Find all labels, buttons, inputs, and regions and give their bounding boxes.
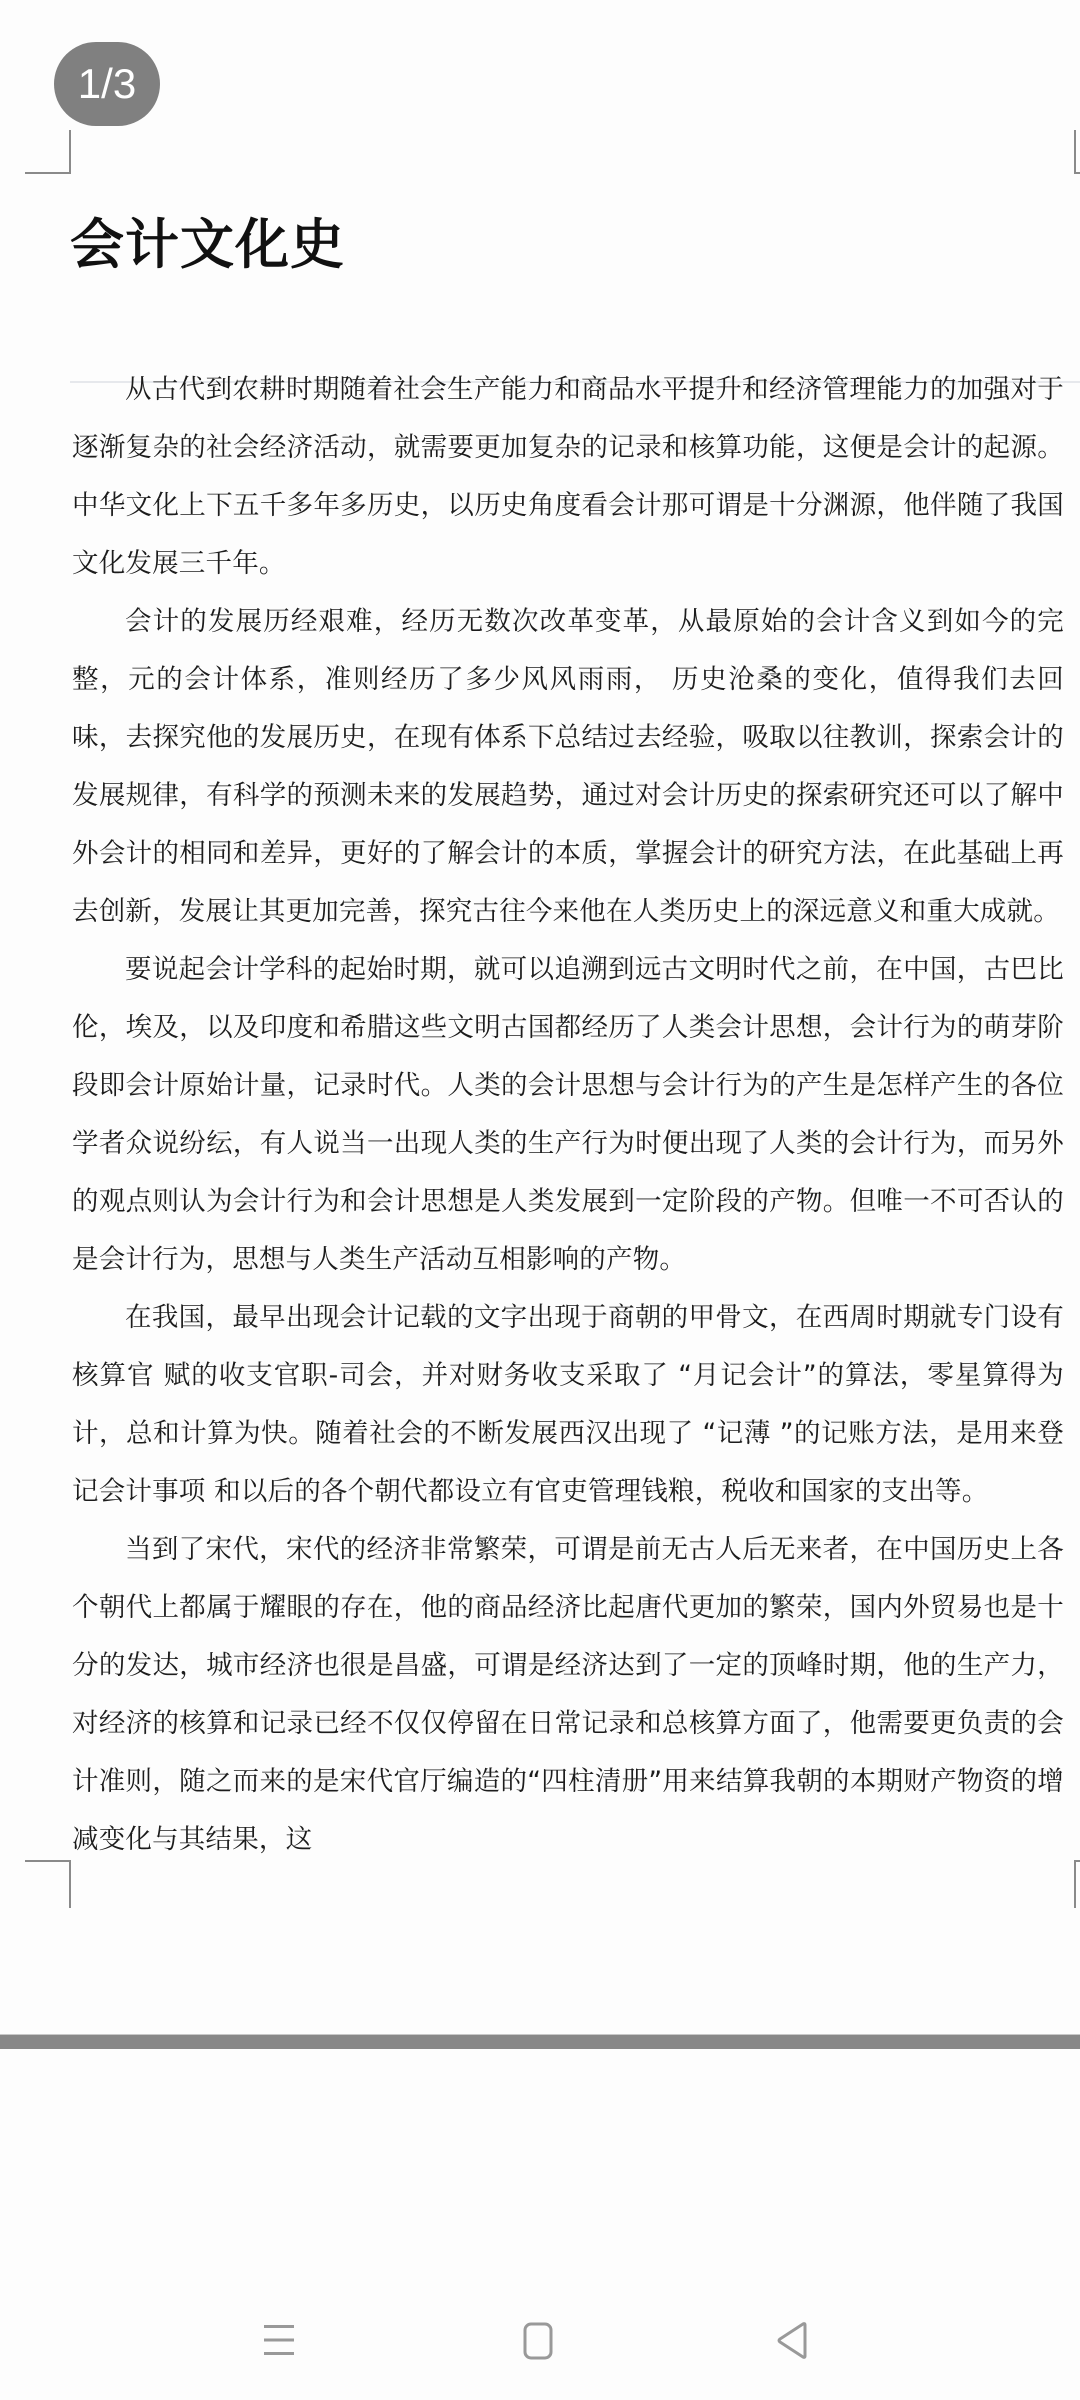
paragraph-4: 在我国，最早出现会计记载的文字出现于商朝的甲骨文，在西周时期就专门设有核算官 赋… bbox=[72, 1289, 1064, 1521]
page-divider-bar bbox=[0, 2034, 1080, 2049]
nav-menu-button[interactable] bbox=[220, 2280, 340, 2400]
page-indicator-badge: 1/3 bbox=[54, 42, 160, 126]
nav-home-button[interactable] bbox=[478, 2280, 598, 2400]
paragraph-1: 从古代到农耕时期随着社会生产能力和商品水平提升和经济管理能力的加强对于逐渐复杂的… bbox=[72, 361, 1064, 593]
crop-mark-top-right bbox=[1074, 130, 1080, 174]
crop-mark-bottom-left bbox=[25, 1860, 71, 1908]
menu-icon bbox=[260, 2320, 300, 2360]
crop-mark-bottom-right bbox=[1074, 1860, 1080, 1908]
paragraph-2: 会计的发展历经艰难，经历无数次改革变革，从最原始的会计含义到如今的完整，元的会计… bbox=[72, 593, 1064, 941]
back-icon bbox=[774, 2320, 814, 2360]
nav-back-button[interactable] bbox=[734, 2280, 854, 2400]
paragraph-5: 当到了宋代，宋代的经济非常繁荣，可谓是前无古人后无来者，在中国历史上各个朝代上都… bbox=[72, 1521, 1064, 1869]
document-title: 会计文化史 bbox=[70, 205, 345, 285]
home-icon bbox=[518, 2320, 558, 2360]
paragraph-3: 要说起会计学科的起始时期，就可以追溯到远古文明时代之前，在中国，古巴比伦，埃及，… bbox=[72, 941, 1064, 1289]
system-navigation-bar bbox=[0, 2280, 1080, 2400]
crop-mark-top-left bbox=[25, 130, 71, 174]
document-page[interactable]: 会计文化史 从古代到农耕时期随着社会生产能力和商品水平提升和经济管理能力的加强对… bbox=[0, 0, 1080, 2030]
document-body: 从古代到农耕时期随着社会生产能力和商品水平提升和经济管理能力的加强对于逐渐复杂的… bbox=[72, 361, 1064, 1869]
